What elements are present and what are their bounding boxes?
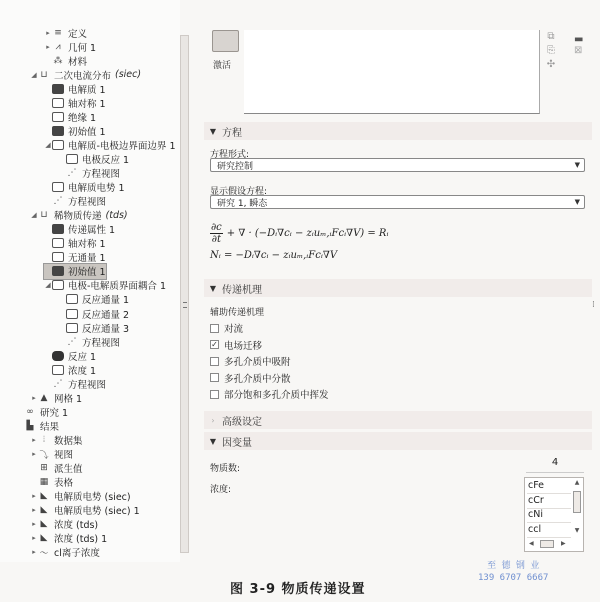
concentration-item[interactable]: cFe (527, 480, 571, 494)
expand-toggle-icon[interactable]: ◢ (30, 211, 38, 219)
tree-scrollbar[interactable] (180, 35, 189, 553)
show-equation-select[interactable]: 研究 1, 瞬态 ▼ (210, 195, 585, 209)
figure-caption: 图 3-9 物质传递设置 (0, 572, 600, 602)
scrollbar-grip[interactable] (183, 302, 187, 308)
expand-toggle-icon[interactable]: ▸ (30, 436, 38, 444)
tree-item[interactable]: ◢电解质-电极边界面边界 1 (44, 137, 176, 152)
equation-view-icon: ⋰ (66, 168, 78, 178)
tree-item-label: 绝缘 1 (68, 110, 96, 124)
tree-item[interactable]: 反应通量 3 (58, 320, 129, 335)
selection-side-controls: ▬ ⊠ (574, 34, 583, 56)
flux-equation-text: Nᵢ = −Dᵢ∇cᵢ − zᵢuₘ,ᵢFcᵢ∇V (210, 250, 337, 261)
concentration-item[interactable]: ccl (527, 524, 571, 538)
tree-item-label: 电解质-电极边界面边界 1 (68, 138, 176, 152)
expand-arrow-icon: ▼ (204, 437, 222, 446)
copy-icon[interactable]: ⧉ (544, 30, 558, 44)
checkbox-label: 对流 (224, 321, 243, 335)
reaction-node-icon (52, 351, 64, 361)
equation-view-icon: ⋰ (52, 196, 64, 206)
tree-item-label: 无通量 1 (68, 250, 106, 264)
checkbox-label: 多孔介质中分散 (224, 371, 291, 385)
tree-item[interactable]: ▸⤵视图 (30, 447, 73, 462)
transport-option[interactable]: 对流 (210, 321, 243, 335)
tree-item[interactable]: ▸≡定义 (44, 25, 87, 40)
boundary-node-icon (66, 154, 78, 164)
concentration-hscrollbar[interactable]: ◀ ▶ (527, 539, 571, 549)
tree-item-label: 传递属性 1 (68, 222, 115, 236)
physics-interface-icon: ⊔ (38, 70, 50, 80)
tree-item-label: 方程视图 (82, 335, 120, 349)
expand-toggle-icon[interactable]: ▸ (30, 394, 38, 402)
mesh-icon: ▲ (38, 393, 50, 403)
checkbox[interactable] (210, 357, 219, 366)
clear-selection-icon[interactable]: ⊠ (574, 45, 583, 56)
tree-item[interactable]: 无通量 1 (44, 250, 106, 265)
boundary-node-icon (66, 294, 78, 304)
views-icon: ⤵ (38, 449, 50, 459)
expand-arrow-icon: ▼ (204, 284, 222, 293)
scroll-up-icon[interactable]: ▲ (572, 479, 582, 486)
tree-item-label: 方程视图 (68, 194, 106, 208)
advanced-section-title: 高级设定 (222, 413, 262, 428)
scroll-down-icon[interactable]: ▼ (572, 527, 582, 534)
concentration-item[interactable]: cCr (527, 495, 571, 509)
equation-body: + ∇ · (−Dᵢ∇cᵢ − zᵢuₘ,ᵢFcᵢ∇V) = Rᵢ (227, 228, 389, 239)
equation-form-value: 研究控制 (217, 159, 253, 172)
transport-option[interactable]: ✓电场迁移 (210, 338, 262, 352)
concentration-label: 浓度: (210, 482, 231, 495)
tree-item[interactable]: ▸◣浓度 (tds) 1 (30, 531, 107, 546)
tree-item-label: 派生值 (54, 461, 83, 475)
derivative-denominator: ∂t (212, 234, 221, 245)
expand-toggle-icon[interactable]: ▸ (30, 534, 38, 542)
expand-toggle-icon[interactable]: ▸ (44, 29, 52, 37)
tree-item[interactable]: 绝缘 1 (44, 109, 96, 124)
tree-item[interactable]: ▸▲网格 1 (30, 390, 82, 405)
hscroll-thumb[interactable] (540, 540, 554, 548)
expand-toggle-icon[interactable]: ▸ (30, 492, 38, 500)
watermark-line1: 至 德 钢 业 (478, 560, 548, 572)
tree-item[interactable]: 电极反应 1 (58, 151, 129, 166)
expand-toggle-icon[interactable]: ▸ (44, 43, 52, 51)
boundary-node-icon (66, 309, 78, 319)
domain-node-icon (52, 266, 64, 276)
tree-item-label: 几何 1 (68, 40, 96, 54)
tree-item-label: 轴对称 1 (68, 236, 106, 250)
remove-icon[interactable]: ▬ (574, 34, 583, 45)
tree-item-label: 浓度 (tds) 1 (54, 531, 107, 545)
equation-section-title: 方程 (222, 124, 242, 139)
scroll-thumb[interactable] (573, 491, 581, 513)
additional-transport-label: 辅助传递机理 (210, 305, 264, 318)
boundary-node-icon (52, 98, 64, 108)
tree-item[interactable]: ◢电极-电解质界面耦合 1 (44, 278, 166, 293)
tree-item-label: 电极反应 1 (82, 152, 129, 166)
tree-item-label: 网格 1 (54, 391, 82, 405)
tree-item-label: 二次电流分布 (54, 68, 111, 82)
tree-item[interactable]: ▙结果 (16, 418, 59, 433)
tree-item[interactable]: 初始值 1 (44, 264, 106, 279)
dropdown-arrow-icon: ▼ (575, 161, 580, 169)
tree-item[interactable]: 轴对称 1 (44, 95, 106, 110)
tree-item-label: 方程视图 (82, 166, 120, 180)
tree-item-label: 反应通量 1 (82, 292, 129, 306)
tree-item-label: cl离子浓度 (54, 545, 100, 559)
expand-toggle-icon[interactable]: ◢ (30, 71, 38, 79)
model-builder-tree: ▸≡定义▸⩘几何 1⁂材料◢⊔二次电流分布(siec)电解质 1轴对称 1绝缘 … (0, 0, 180, 562)
tree-item[interactable]: ▸◣电解质电势 (siec) 1 (30, 503, 140, 518)
tree-item-label: 初始值 1 (68, 264, 106, 278)
tree-item[interactable]: ∞研究 1 (16, 404, 68, 419)
checkbox-label: 多孔介质中吸附 (224, 354, 291, 368)
tree-item-label: 轴对称 1 (68, 96, 106, 110)
plot-group-icon: ◣ (38, 533, 50, 543)
tree-item[interactable]: ▸⩘几何 1 (44, 39, 96, 54)
materials-icon: ⁂ (52, 56, 64, 66)
tree-item[interactable]: ⋰方程视图 (58, 334, 120, 349)
plot-group-icon: ◣ (38, 491, 50, 501)
zoom-selection-icon[interactable]: ✣ (544, 58, 558, 72)
geometry-icon: ⩘ (52, 42, 64, 52)
checkbox-label: 部分饱和多孔介质中挥发 (224, 387, 329, 401)
line-plot-icon: 〜 (38, 547, 50, 557)
transport-option[interactable]: 多孔介质中吸附 (210, 354, 291, 368)
tree-item[interactable]: ◢⊔二次电流分布(siec) (30, 67, 141, 82)
tree-item[interactable]: ⋰方程视图 (44, 376, 106, 391)
boundary-node-icon (52, 140, 64, 150)
domain-node-icon (52, 84, 64, 94)
tree-item-label: 电极-电解质界面耦合 1 (68, 278, 166, 292)
derived-values-icon: ⊞ (38, 463, 50, 473)
tree-item-label: 数据集 (54, 433, 83, 447)
tree-item-label: 电解质电势 (siec) 1 (54, 503, 140, 517)
time-derivative: ∂c ∂t (210, 222, 223, 245)
tree-item-label: 稀物质传递 (54, 208, 102, 222)
tree-item-label: 初始值 1 (68, 124, 106, 138)
expand-toggle-icon[interactable]: ▸ (30, 506, 38, 514)
flux-equation: Nᵢ = −Dᵢ∇cᵢ − zᵢuₘ,ᵢFcᵢ∇V (210, 250, 337, 261)
transport-equation: ∂c ∂t + ∇ · (−Dᵢ∇cᵢ − zᵢuₘ,ᵢFcᵢ∇V) = Rᵢ (210, 222, 388, 245)
caption-text: 图 3-9 物质传递设置 (230, 578, 366, 597)
dependent-section-title: 因变量 (222, 434, 252, 449)
boundary-node-icon (52, 280, 64, 290)
tree-item[interactable]: 电解质 1 (44, 81, 106, 96)
tree-item-label: 结果 (40, 419, 59, 433)
tree-item[interactable]: 传递属性 1 (44, 222, 115, 237)
tree-item-label: 反应通量 2 (82, 307, 129, 321)
tree-item[interactable]: ▸◣电解质电势 (siec) (30, 489, 131, 504)
study-icon: ∞ (24, 407, 36, 417)
tree-item-label: 浓度 1 (68, 363, 96, 377)
tree-item-label: 方程视图 (68, 377, 106, 391)
boundary-node-icon (52, 182, 64, 192)
equation-form-select[interactable]: 研究控制 ▼ (210, 158, 585, 172)
panel-edge-marker: ⁞ (592, 300, 595, 310)
boundary-node-icon (52, 238, 64, 248)
plot-group-icon: ◣ (38, 519, 50, 529)
equation-view-icon: ⋰ (66, 337, 78, 347)
checkbox-label: 电场迁移 (224, 338, 262, 352)
advanced-section-header[interactable]: › 高级设定 (204, 411, 592, 429)
tree-item[interactable]: 轴对称 1 (44, 236, 106, 251)
tree-item[interactable]: ▸⦙数据集 (30, 432, 83, 447)
transport-section-title: 传递机理 (222, 281, 262, 296)
tree-item-label: 反应通量 3 (82, 321, 129, 335)
results-icon: ▙ (24, 421, 36, 431)
expand-toggle-icon[interactable]: ▸ (30, 548, 38, 556)
tree-item[interactable]: 浓度 1 (44, 362, 96, 377)
checkbox[interactable] (210, 390, 219, 399)
paste-icon[interactable]: ⎘ (544, 44, 558, 58)
activate-button[interactable] (212, 30, 239, 52)
transport-option[interactable]: 多孔介质中分散 (210, 371, 291, 385)
tree-item-label: 研究 1 (40, 405, 68, 419)
expand-toggle-icon[interactable]: ◢ (44, 281, 52, 289)
tree-item[interactable]: ⋰方程视图 (58, 166, 120, 181)
show-equation-value: 研究 1, 瞬态 (217, 196, 267, 209)
tree-item-label: 定义 (68, 26, 87, 40)
tree-item[interactable]: ▦表格 (30, 475, 73, 490)
equation-section-header[interactable]: ▼ 方程 (204, 122, 592, 140)
selection-toolbar: ⧉ ⎘ ✣ (544, 30, 558, 72)
tree-item[interactable]: 初始值 1 (44, 123, 106, 138)
selection-list[interactable] (244, 30, 540, 114)
tree-item[interactable]: ▸◣浓度 (tds) (30, 517, 98, 532)
dropdown-arrow-icon: ▼ (575, 198, 580, 206)
species-count-field[interactable]: 4 (526, 457, 584, 473)
tree-item-label: 视图 (54, 447, 73, 461)
plot-group-icon: ◣ (38, 505, 50, 515)
tree-item[interactable]: 反应通量 1 (58, 292, 129, 307)
boundary-node-icon (52, 112, 64, 122)
derivative-numerator: ∂c (210, 222, 223, 234)
tree-item[interactable]: 反应 1 (44, 348, 96, 363)
checkbox[interactable] (210, 373, 219, 382)
tree-item[interactable]: ▸〜cl离子浓度 (30, 545, 100, 560)
expand-arrow-icon: ▼ (204, 127, 222, 136)
tree-item-label: 表格 (54, 475, 73, 489)
boundary-node-icon (52, 252, 64, 262)
transport-section-header[interactable]: ▼ 传递机理 (204, 279, 592, 297)
concentration-list[interactable]: cFecCrcNiccl ▲ ▼ ◀ ▶ (524, 477, 584, 552)
concentration-vscrollbar[interactable]: ▲ ▼ (572, 479, 582, 537)
datasets-icon: ⦙ (38, 435, 50, 445)
tree-item-label: 材料 (68, 54, 87, 68)
domain-node-icon (52, 126, 64, 136)
species-count-label: 物质数: (210, 461, 240, 474)
tree-item-label: 电解质电势 1 (68, 180, 125, 194)
activate-label: 激活 (213, 58, 231, 71)
settings-panel: 激活 ⧉ ⎘ ✣ ▬ ⊠ ▼ 方程 方程形式: 研究控制 ▼ 显示假设方程: 研… (196, 0, 596, 562)
tree-item[interactable]: ⁂材料 (44, 53, 87, 68)
equation-view-icon: ⋰ (52, 379, 64, 389)
checkbox[interactable] (210, 324, 219, 333)
tree-item-label: 浓度 (tds) (54, 517, 98, 531)
tree-item-label: 反应 1 (68, 349, 96, 363)
expand-toggle-icon[interactable]: ▸ (30, 520, 38, 528)
domain-node-icon (52, 224, 64, 234)
collapsed-arrow-icon: › (204, 416, 222, 425)
boundary-node-icon (52, 365, 64, 375)
tree-item[interactable]: ◢⊔稀物质传递(tds) (30, 208, 128, 223)
physics-interface-icon: ⊔ (38, 210, 50, 220)
expand-toggle-icon[interactable]: ▸ (30, 450, 38, 458)
tree-item-tag: (tds) (106, 210, 128, 221)
transport-option[interactable]: 部分饱和多孔介质中挥发 (210, 387, 329, 401)
scroll-left-icon[interactable]: ◀ (529, 540, 534, 547)
tree-item[interactable]: 电解质电势 1 (44, 180, 125, 195)
page: ▸≡定义▸⩘几何 1⁂材料◢⊔二次电流分布(siec)电解质 1轴对称 1绝缘 … (0, 0, 600, 602)
tree-item[interactable]: 反应通量 2 (58, 306, 129, 321)
tree-item-tag: (siec) (115, 69, 141, 80)
tree-item[interactable]: ⋰方程视图 (44, 194, 106, 209)
scroll-right-icon[interactable]: ▶ (561, 540, 566, 547)
definitions-icon: ≡ (52, 28, 64, 38)
tree-item-label: 电解质电势 (siec) (54, 489, 131, 503)
checkbox-checked[interactable]: ✓ (210, 340, 219, 349)
boundary-node-icon (66, 323, 78, 333)
concentration-item[interactable]: cNi (527, 509, 571, 523)
tree-item-label: 电解质 1 (68, 82, 106, 96)
expand-toggle-icon[interactable]: ◢ (44, 141, 52, 149)
tree-item[interactable]: ⊞派生值 (30, 461, 83, 476)
dependent-section-header[interactable]: ▼ 因变量 (204, 432, 592, 450)
tables-icon: ▦ (38, 477, 50, 487)
